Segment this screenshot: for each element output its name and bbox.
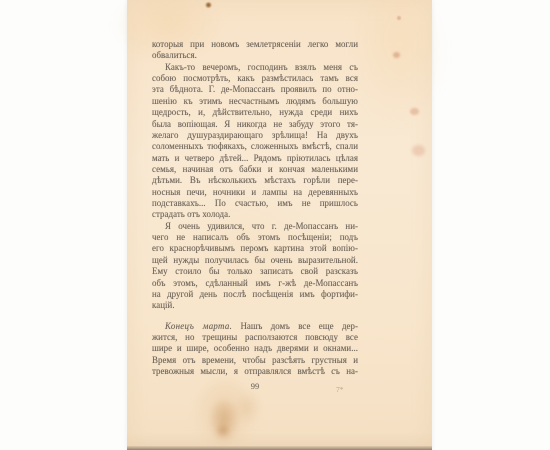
bottom-stain bbox=[215, 423, 231, 438]
page-bottom-edge bbox=[127, 446, 432, 450]
text-line: собою посмотрѣть, какъ размѣстилась тамъ… bbox=[152, 73, 358, 84]
text-line: желаго душураздирающаго зрѣлища! На двух… bbox=[152, 130, 358, 141]
foxing-spot bbox=[410, 108, 419, 115]
text-line: шенію къ этимъ несчастнымъ людямъ большу… bbox=[152, 96, 358, 107]
text-line: страдать отъ холода. bbox=[152, 209, 358, 220]
text-line: была вопіющая. Я никогда не забуду этого… bbox=[152, 119, 358, 130]
text-line: Ему стоило бы только записать свой разск… bbox=[152, 266, 358, 277]
text-line: тревожныя мысли, я отправлялся вмѣстѣ съ… bbox=[152, 366, 358, 377]
text-line: щей нужды получилась бы очень выразитель… bbox=[152, 255, 358, 266]
text-line: Какъ-то вечеромъ, господинъ взялъ меня с… bbox=[152, 62, 358, 73]
text-line: на другой день послѣ посѣщенія имъ форти… bbox=[152, 289, 358, 300]
book-page: которыя при новомъ землетрясеніи легко м… bbox=[127, 0, 432, 450]
text-line: кацій. bbox=[152, 300, 358, 311]
text-line: семья, начиная отъ бабки и кончая малень… bbox=[152, 164, 358, 175]
text-line: шире и шире, особенно надъ дверями и окн… bbox=[152, 343, 358, 354]
italic-date-lead: Конецъ марта. bbox=[165, 321, 232, 331]
photo-background: которыя при новомъ землетрясеніи легко м… bbox=[0, 0, 550, 450]
text-line: которыя при новомъ землетрясеніи легко м… bbox=[152, 39, 358, 50]
signature-mark: 7* bbox=[336, 385, 344, 394]
text-line: Я очень удивился, что г. де-Мопассанъ ни… bbox=[152, 221, 358, 232]
page-text-block: которыя при новомъ землетрясеніи легко м… bbox=[152, 39, 358, 377]
bottom-stain bbox=[209, 401, 239, 443]
text-line: Время отъ времени, чтобы разсѣять грустн… bbox=[152, 355, 358, 366]
ink-spot-stain bbox=[205, 2, 212, 8]
text-line: обвалиться. bbox=[152, 50, 358, 61]
text-line: дѣтьми. Въ нѣсколькихъ мѣстахъ горѣли пе… bbox=[152, 175, 358, 186]
text-line: чего не написалъ объ этомъ посѣщеніи; по… bbox=[152, 232, 358, 243]
text-line: его краснорѣчивымъ перомъ картина этой в… bbox=[152, 243, 358, 254]
foxing-spot bbox=[412, 145, 425, 156]
bottom-stain bbox=[234, 391, 261, 424]
text-line: мать и четверо дѣтей... Рядомъ пріютилас… bbox=[152, 153, 358, 164]
text-line: объ этомъ, сдѣланный имъ г-жѣ де-Мопасса… bbox=[152, 278, 358, 289]
text-line: подставкахъ... По счастью, имъ не пришло… bbox=[152, 198, 358, 209]
text-line: Конецъ марта. Нашъ домъ все еще дер- bbox=[152, 321, 358, 332]
text-line: соломенныхъ тюфякахъ, сложенныхъ вмѣстѣ,… bbox=[152, 141, 358, 152]
foxing-spot bbox=[397, 16, 401, 20]
text-line: носныя печи, ночники и лампы на деревянн… bbox=[152, 187, 358, 198]
paper-tint-stain bbox=[352, 0, 440, 123]
text-line: щедрость, и, дѣйствительно, нужда среди … bbox=[152, 107, 358, 118]
page-number: 99 bbox=[152, 381, 358, 391]
text-line: жится, но трещины расползаются повсюду в… bbox=[152, 332, 358, 343]
text-line: эта бѣднота. Г. де-Мопассанъ проявилъ по… bbox=[152, 84, 358, 95]
foxing-spot bbox=[393, 52, 400, 58]
